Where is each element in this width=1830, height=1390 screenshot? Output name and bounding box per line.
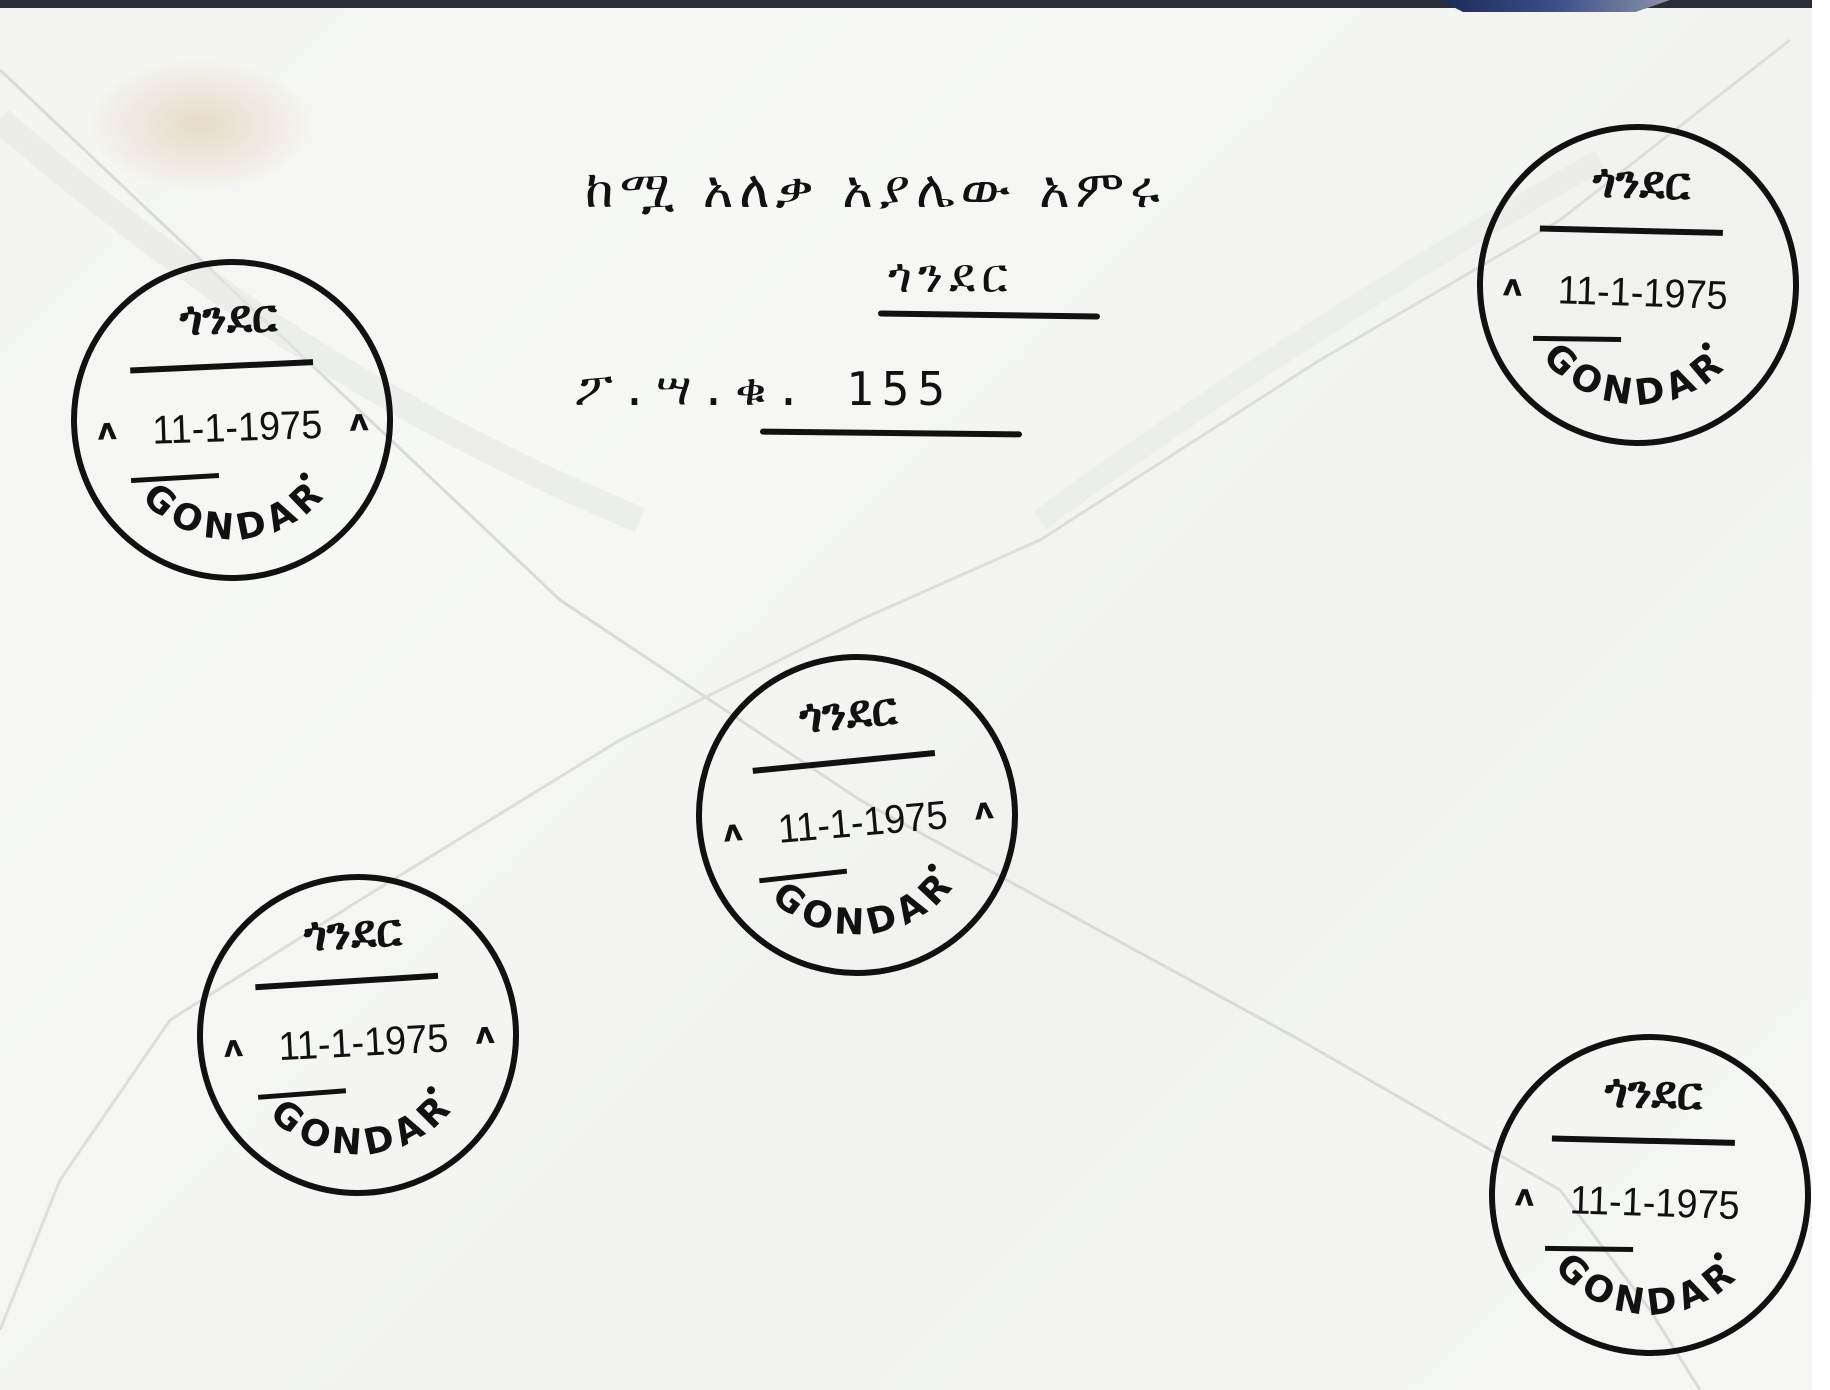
postmark-date: 11-1-1975	[1569, 1178, 1740, 1228]
postmark-date: 11-1-1975	[1557, 268, 1728, 318]
svg-text:ʌ: ʌ	[223, 1029, 245, 1065]
sender-po-box: ፖ.ሣ.ቁ. 155	[575, 362, 953, 418]
postmark-bottom-text: GONDAR	[261, 1083, 465, 1170]
postmark-bottom-left: ጎንደር11-1-1975ʌʌGONDAR	[185, 862, 532, 1209]
postmark-top-text: ጎንደር	[1603, 1063, 1705, 1120]
svg-text:ʌ: ʌ	[97, 412, 118, 448]
postmark-top-text: ጎንደር	[796, 681, 900, 744]
postmark-top-text: ጎንደር	[178, 288, 280, 345]
postmark-top-text: ጎንደር	[1591, 153, 1693, 210]
postmark-top-text: ጎንደር	[301, 903, 404, 962]
postmark-bottom-text: GONDAR	[134, 469, 337, 552]
svg-text:ʌ: ʌ	[973, 791, 996, 828]
postmark-top-right: ጎንደር11-1-1975ʌGONDAR	[1467, 114, 1808, 455]
svg-text:ʌ: ʌ	[474, 1016, 496, 1052]
postmark-center: ጎንደር11-1-1975ʌʌGONDAR	[678, 636, 1036, 994]
postmark-date: 11-1-1975	[152, 403, 323, 453]
svg-text:ʌ: ʌ	[349, 403, 370, 439]
postmark-bottom-text: GONDAR	[1546, 1244, 1749, 1327]
svg-text:ʌ: ʌ	[1502, 268, 1523, 304]
postmark-date: 11-1-1975	[776, 793, 949, 852]
svg-text:ʌ: ʌ	[1514, 1178, 1535, 1214]
postmark-date: 11-1-1975	[277, 1016, 449, 1069]
svg-text:ʌ: ʌ	[721, 813, 744, 850]
postmark-bottom-right: ጎንደር11-1-1975ʌGONDAR	[1479, 1024, 1820, 1365]
sender-name: ከሟ አለቃ አያሌው አምሩ	[585, 160, 1166, 221]
postmark-bottom-text: GONDAR	[1534, 334, 1737, 417]
postmark-bottom-text: GONDAR	[762, 859, 968, 953]
sender-city: ጎንደር	[888, 248, 1014, 305]
postmark-left: ጎንደር11-1-1975ʌʌGONDAR	[61, 249, 402, 590]
